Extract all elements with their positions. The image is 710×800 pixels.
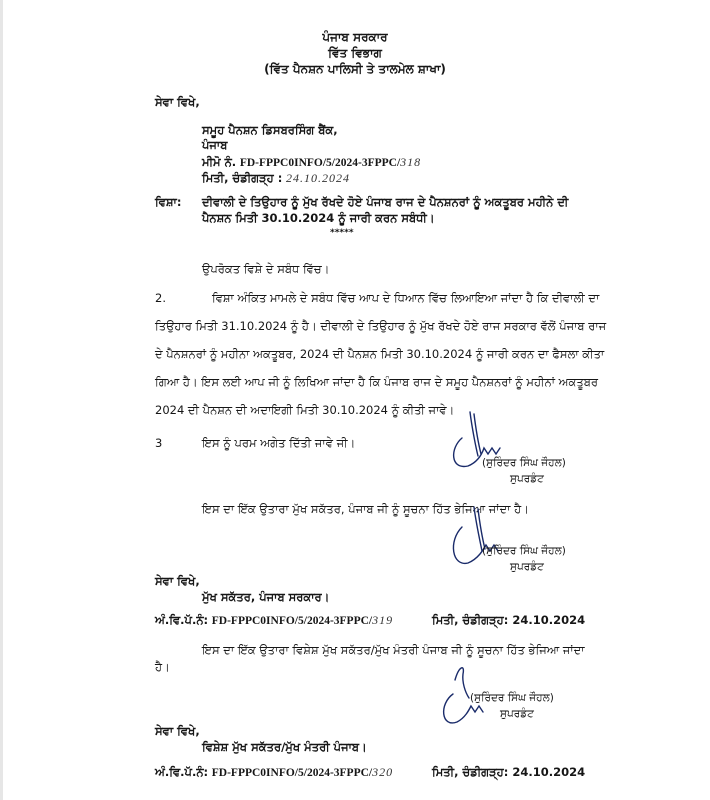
copy-2-date: ਮਿਤੀ, ਚੰਡੀਗੜ੍ਹ: 24.10.2024 bbox=[432, 765, 585, 780]
separator-stars: ***** bbox=[330, 228, 354, 238]
para-2-line: ਦੇ ਪੈਨਸ਼ਨਰਾਂ ਨੂੰ ਮਹੀਨਾ ਅਕਤੂਬਰ, 2024 ਦੀ ਪ… bbox=[155, 347, 604, 362]
para-3-text: ਇਸ ਨੂੰ ਪਰਮ ਅਗੇਤ ਦਿੱਤੀ ਜਾਵੇ ਜੀ। bbox=[202, 436, 355, 451]
ref-number: FD-FPPC0INFO/5/2024-3FPPC/ bbox=[212, 767, 372, 779]
para-2-line: ਗਿਆ ਹੈ। ਇਸ ਲਈ ਆਪ ਜੀ ਨੂੰ ਲਿਖਿਆ ਜਾਂਦਾ ਹੈ ਕ… bbox=[155, 375, 598, 390]
para-3-number: 3 bbox=[155, 436, 162, 450]
seva-vikhe-label: ਸੇਵਾ ਵਿਖੇ, bbox=[155, 574, 200, 589]
header-branch: (ਵਿੱਤ ਪੈਨਸ਼ਨ ਪਾਲਿਸੀ ਤੇ ਤਾਲਮੇਲ ਸ਼ਾਖਾ) bbox=[0, 62, 710, 77]
signatory-title: ਸੁਪਰਡੰਟ bbox=[510, 561, 544, 574]
memo-ref: FD-FPPC0INFO/5/2024-3FPPC/ bbox=[240, 157, 400, 169]
date-label: ਮਿਤੀ, ਚੰਡੀਗੜ੍ਹ: bbox=[432, 765, 508, 779]
signatory-name: (ਸੁਰਿੰਦਰ ਸਿੰਘ ਜੌਹਲ) bbox=[470, 692, 554, 705]
addressee-punjab: ਪੰਜਾਬ bbox=[202, 138, 227, 153]
ref-label: ਅੰ.ਵਿ.ਪੱ.ਨੰ: bbox=[155, 765, 208, 779]
copy-1-date: ਮਿਤੀ, ਚੰਡੀਗੜ੍ਹ: 24.10.2024 bbox=[432, 613, 585, 628]
date-value: 24.10.2024 bbox=[512, 613, 585, 627]
memo-number: ਮੀਮੋ ਨੰ. FD-FPPC0INFO/5/2024-3FPPC/318 bbox=[202, 155, 421, 170]
ref-handwritten-number: 319 bbox=[372, 613, 393, 627]
letter-page: ਪੰਜਾਬ ਸਰਕਾਰ ਵਿੱਤ ਵਿਭਾਗ (ਵਿੱਤ ਪੈਨਸ਼ਨ ਪਾਲਿ… bbox=[0, 0, 710, 800]
copy-2-addressee: ਵਿਸ਼ੇਸ਼ ਮੁੱਖ ਸਕੱਤਰ/ਮੁੱਖ ਮੰਤਰੀ ਪੰਜਾਬ। bbox=[202, 740, 367, 755]
signatory-name: (ਸੁਰਿੰਦਰ ਸਿੰਘ ਜੌਹਲ) bbox=[482, 545, 566, 558]
memo-label: ਮੀਮੋ ਨੰ. bbox=[202, 155, 236, 169]
copy-2-text-line-2: ਹੈ। bbox=[155, 660, 170, 675]
memo-date: ਮਿਤੀ, ਚੰਡੀਗੜ੍ਹ : 24.10.2024 bbox=[202, 171, 350, 186]
signatory-title: ਸੁਪਰਡੰਟ bbox=[500, 708, 534, 721]
memo-handwritten-number: 318 bbox=[400, 155, 421, 169]
intro-line: ਉਪਰੋਕਤ ਵਿਸ਼ੇ ਦੇ ਸਬੰਧ ਵਿੱਚ। bbox=[202, 262, 329, 277]
header-government: ਪੰਜਾਬ ਸਰਕਾਰ bbox=[0, 30, 710, 45]
signatory-name: (ਸੁਰਿੰਦਰ ਸਿੰਘ ਜੌਹਲ) bbox=[482, 457, 566, 470]
header-department: ਵਿੱਤ ਵਿਭਾਗ bbox=[0, 46, 710, 61]
date-handwritten: 24.10.2024 bbox=[286, 171, 350, 185]
ref-handwritten-number: 320 bbox=[372, 765, 393, 779]
date-label: ਮਿਤੀ, ਚੰਡੀਗੜ੍ਹ : bbox=[202, 171, 282, 185]
addressee-banks: ਸਮੂਹ ਪੈਨਸ਼ਨ ਡਿਸਬਰਸਿੰਗ ਬੈਂਕ, bbox=[202, 123, 338, 138]
subject-line-2: ਪੈਨਸ਼ਨ ਮਿਤੀ 30.10.2024 ਨੂੰ ਜਾਰੀ ਕਰਨ ਸਬੰਧ… bbox=[202, 211, 435, 226]
subject-line-1: ਦੀਵਾਲੀ ਦੇ ਤਿਉਹਾਰ ਨੂੰ ਮੁੱਖ ਰੱਖਦੇ ਹੋਏ ਪੰਜਾ… bbox=[202, 195, 568, 210]
signatory-title: ਸੁਪਰਡੰਟ bbox=[510, 473, 544, 486]
ref-label: ਅੰ.ਵਿ.ਪੱ.ਨੰ: bbox=[155, 613, 208, 627]
copy-2-text-line-1: ਇਸ ਦਾ ਇੱਕ ਉਤਾਰਾ ਵਿਸ਼ੇਸ਼ ਮੁੱਖ ਸਕੱਤਰ/ਮੁੱਖ … bbox=[202, 643, 585, 658]
date-label: ਮਿਤੀ, ਚੰਡੀਗੜ੍ਹ: bbox=[432, 613, 508, 627]
copy-1-ref: ਅੰ.ਵਿ.ਪੱ.ਨੰ: FD-FPPC0INFO/5/2024-3FPPC/3… bbox=[155, 613, 393, 628]
signature-2 bbox=[448, 505, 518, 575]
ref-number: FD-FPPC0INFO/5/2024-3FPPC/ bbox=[212, 615, 372, 627]
seva-vikhe-label: ਸੇਵਾ ਵਿਖੇ, bbox=[155, 95, 200, 110]
page-edge bbox=[0, 0, 3, 800]
para-2-line: ਤਿਉਹਾਰ ਮਿਤੀ 31.10.2024 ਨੂੰ ਹੈ। ਦੀਵਾਲੀ ਦੇ… bbox=[155, 319, 606, 334]
para-2-line: 2024 ਦੀ ਪੈਨਸ਼ਨ ਦੀ ਅਦਾਇਗੀ ਮਿਤੀ 30.10.2024… bbox=[155, 403, 454, 418]
para-2-number: 2. bbox=[155, 291, 166, 305]
para-2-line: ਵਿਸ਼ਾ ਅੰਕਿਤ ਮਾਮਲੇ ਦੇ ਸਬੰਧ ਵਿੱਚ ਆਪ ਦੇ ਧਿਆ… bbox=[212, 291, 599, 306]
copy-2-ref: ਅੰ.ਵਿ.ਪੱ.ਨੰ: FD-FPPC0INFO/5/2024-3FPPC/3… bbox=[155, 765, 393, 780]
seva-vikhe-label: ਸੇਵਾ ਵਿਖੇ, bbox=[155, 724, 200, 739]
copy-1-addressee: ਮੁੱਖ ਸਕੱਤਰ, ਪੰਜਾਬ ਸਰਕਾਰ। bbox=[202, 590, 329, 605]
subject-label: ਵਿਸ਼ਾ: bbox=[155, 195, 181, 210]
date-value: 24.10.2024 bbox=[512, 765, 585, 779]
